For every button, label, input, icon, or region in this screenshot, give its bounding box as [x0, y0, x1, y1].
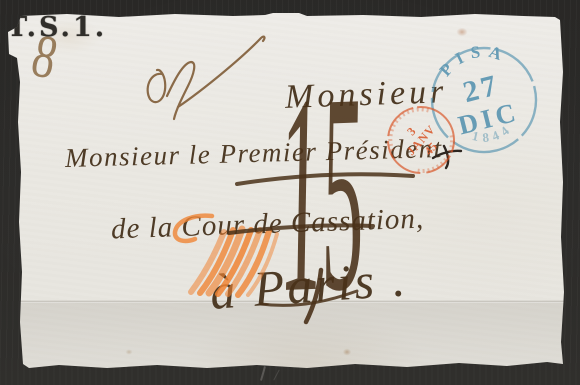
- background-scratch: [260, 366, 266, 381]
- pisa-month-label: DIC: [455, 96, 522, 140]
- svg-text:1844: 1844: [467, 118, 517, 149]
- pen-flourish: [148, 37, 265, 119]
- address-recipient: Monsieur le Premier Président: [65, 133, 443, 174]
- photo-background: 8 T.S.1. Monsieur Monsieur le Premier Pr…: [0, 0, 580, 385]
- letter-cover: 8 T.S.1. Monsieur Monsieur le Premier Pr…: [7, 12, 573, 374]
- pisa-day-label: 27: [460, 68, 503, 109]
- background-scratch: [273, 369, 280, 380]
- pisa-year-label: 1844: [467, 118, 517, 149]
- address-salutation: Monsieur: [284, 73, 448, 117]
- address-institution: de la Cour de Cassation,: [111, 203, 425, 247]
